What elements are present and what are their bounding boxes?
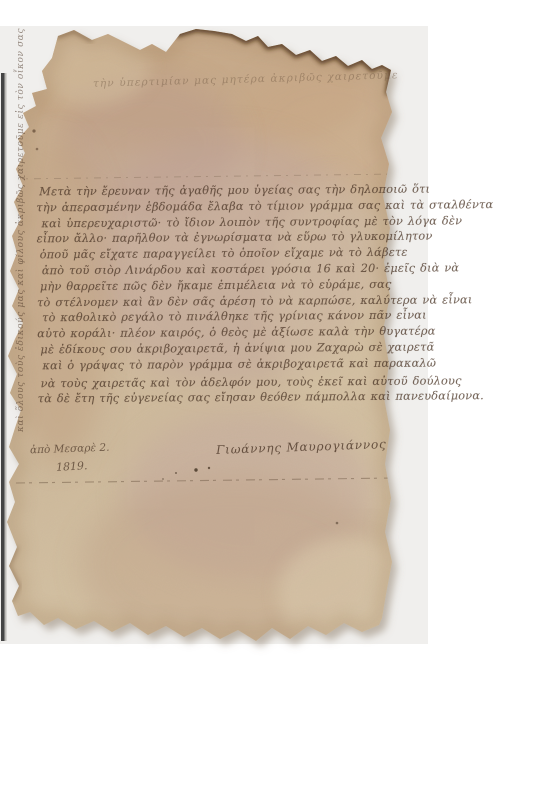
- date-year: 1819.: [56, 459, 88, 474]
- scanned-letter-page: τὴν ὑπερτιμίαν μας μητέρα ἀκριβῶς χαιρετ…: [0, 0, 549, 800]
- body-line: τὰ δὲ ἔτη τῆς εὐγενείας σας εἴησαν θεόθε…: [38, 389, 409, 407]
- scanner-edge-line: [1, 73, 5, 641]
- margin-note: καὶ ὅλους τοὺς ἐδικούς μας καὶ φίλους ἀκ…: [16, 182, 26, 432]
- letter-body: Μετὰ τὴν ἔρευναν τῆς ἀγαθῆς μου ὑγείας σ…: [39, 182, 409, 408]
- body-line: καὶ ὁ γράψας τὸ παρὸν γράμμα σὲ ἀκριβοχα…: [42, 355, 408, 373]
